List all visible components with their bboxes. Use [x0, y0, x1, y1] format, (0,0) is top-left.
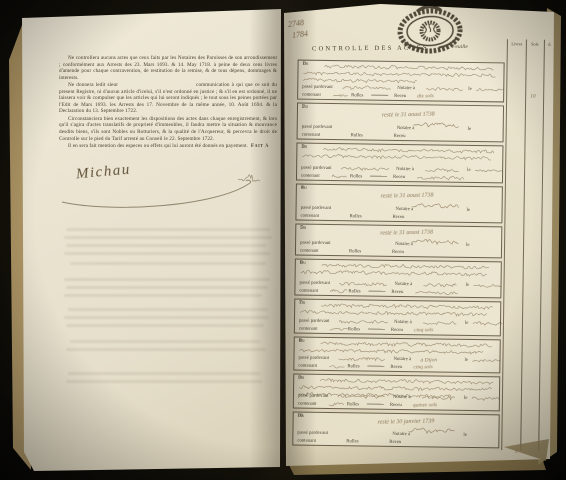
- notaire-a-label: Notaire à: [396, 167, 414, 172]
- receu-label: Receu: [394, 134, 406, 139]
- paragraph-1: Ne controllera aucuns actes que ceux fai…: [59, 55, 277, 81]
- rolles-label: Rolles: [348, 327, 360, 332]
- bleed-through-line: [66, 348, 266, 351]
- du-label: Du: [299, 339, 305, 344]
- bleed-through-line: [68, 372, 260, 375]
- register-entry: 4. Du resté le 31 aoust 1738 passé parde…: [295, 184, 502, 224]
- passe-pardevant-label: passé pardevant: [302, 85, 333, 90]
- receu-label: Receu: [391, 328, 403, 333]
- bleed-through-line: [68, 308, 268, 311]
- notary-name-handwriting: [338, 355, 382, 362]
- du-label: Du: [298, 414, 304, 419]
- register-entry: 1. Du passé pardevant Notaire à le conte…: [297, 60, 505, 103]
- du-label: Du: [303, 62, 309, 67]
- reste-note-handwriting: resté le 30 janvier 1739: [378, 419, 435, 426]
- clerk-signature-handwriting: [409, 426, 453, 435]
- date-handwriting: [473, 320, 499, 326]
- du-label: Du: [301, 186, 307, 191]
- le-label: le: [465, 283, 469, 288]
- notaire-a-label: Notaire à: [397, 86, 415, 91]
- passe-pardevant-label: passé pardevant: [301, 166, 332, 171]
- receu-amount-handwriting: cinq sols: [413, 364, 433, 370]
- passe-pardevant-label: passé pardevant: [297, 431, 328, 436]
- contenant-label: contenant: [300, 214, 319, 219]
- du-label: Du: [298, 376, 304, 381]
- register-entry: 3. Du passé pardevant Notaire à le conte…: [296, 143, 504, 184]
- receu-amount-handwriting: dix sols: [417, 93, 434, 99]
- bleed-through-line: [64, 252, 270, 255]
- rolles-label: Rolles: [348, 289, 360, 294]
- receu-label: Receu: [390, 365, 402, 370]
- register-entry: 8. Du passé pardevant Notaire à à Dijon …: [293, 337, 500, 374]
- le-label: le: [464, 358, 468, 363]
- reste-note-handwriting: resté le 31 aoust 1738: [380, 230, 433, 237]
- date-handwriting: [472, 395, 498, 401]
- notaire-a-label: Notaire à: [394, 282, 412, 287]
- le-label: le: [465, 321, 469, 326]
- du-label: Du: [301, 145, 307, 150]
- receu-label: Receu: [394, 94, 406, 99]
- notaire-a-label: Notaire à: [396, 207, 414, 212]
- receu-label: Receu: [393, 175, 405, 180]
- notary-name-handwriting: [338, 393, 382, 400]
- passe-pardevant-label: passé pardevant: [300, 241, 331, 246]
- bleed-through-line: [66, 228, 270, 231]
- notaire-a-label: Notaire à: [395, 242, 413, 247]
- rule-dash: [368, 329, 385, 330]
- fait-a-label: Fait à: [251, 143, 269, 149]
- le-label: le: [467, 208, 471, 213]
- handwriting-line: [300, 347, 482, 356]
- rolles-label: Rolles: [349, 249, 361, 254]
- contenant-label: contenant: [298, 402, 317, 407]
- rolles-count-handwriting: [330, 288, 344, 294]
- contenant-label: contenant: [299, 289, 318, 294]
- register-entry: 5. Du resté le 31 aoust 1738 passé parde…: [295, 224, 502, 259]
- le-label: le: [468, 127, 472, 132]
- bleed-through-line: [64, 294, 262, 297]
- register-entry: 2. Du resté le 31 aoust 1738 passé parde…: [297, 103, 504, 143]
- passe-pardevant-label: passé pardevant: [301, 206, 332, 211]
- bleed-through-line: [66, 244, 266, 247]
- register-entry: 10. Du resté le 30 janvier 1739 passé pa…: [292, 412, 499, 449]
- handwriting-line: [301, 269, 487, 278]
- passe-pardevant-label: passé pardevant: [298, 394, 329, 399]
- rule-dash: [367, 366, 384, 367]
- rolles-count-handwriting: [329, 401, 343, 407]
- du-label: Du: [300, 226, 306, 231]
- rolles-label: Rolles: [346, 439, 358, 444]
- receu-amount-handwriting: cinq sols: [414, 327, 434, 333]
- receu-label: Receu: [389, 440, 401, 445]
- handwriting-line: [303, 77, 415, 85]
- notaire-a-label: Notaire à: [392, 432, 410, 437]
- notary-name-handwriting: [339, 280, 385, 287]
- rolles-label: Rolles: [347, 402, 359, 407]
- rolles-label: Rolles: [351, 93, 363, 98]
- rolles-count-handwriting: [332, 173, 346, 179]
- printed-instructions: Ne controllera aucuns actes que ceux fai…: [59, 55, 277, 151]
- receu-label: Receu: [390, 403, 402, 408]
- rolles-count-handwriting: [329, 363, 343, 369]
- notaire-a-label: Notaire à: [394, 320, 412, 325]
- notaire-a-label: Notaire à: [393, 357, 411, 362]
- reste-note-handwriting: resté le 31 aoust 1738: [381, 193, 434, 200]
- notaire-a-label: Notaire à: [397, 126, 415, 131]
- handwriting-line: [302, 153, 490, 162]
- receu-label: Receu: [391, 290, 403, 295]
- receu-amount-handwriting: [417, 174, 463, 181]
- clerk-signature-handwriting: [412, 237, 456, 246]
- rule-dash: [370, 176, 387, 177]
- register-entry: 9. Du passé pardevant Notaire à le conte…: [293, 374, 500, 412]
- rolles-count-handwriting: [333, 92, 347, 98]
- contenant-label: contenant: [302, 93, 321, 98]
- rolles-count-handwriting: [330, 326, 344, 332]
- notary-name-handwriting: [341, 165, 387, 172]
- reste-note-handwriting: resté le 31 aoust 1738: [382, 112, 435, 119]
- contenant-label: contenant: [299, 327, 318, 332]
- du-label: Du: [299, 301, 305, 306]
- bleed-through-line: [66, 324, 264, 327]
- le-label: le: [466, 243, 470, 248]
- le-label: le: [463, 433, 467, 438]
- paragraph-3: Circonstanciera bien exactement les disp…: [59, 116, 277, 142]
- date-handwriting: [476, 86, 502, 92]
- contenant-label: contenant: [297, 439, 316, 444]
- rule-dash: [367, 404, 384, 405]
- book-scan: Ne controllera aucuns actes que ceux fai…: [0, 0, 566, 480]
- du-label: Du: [302, 105, 308, 110]
- register-entry: 7. Du passé pardevant Notaire à le conte…: [294, 299, 501, 337]
- place-handwriting: à Dijon: [420, 357, 437, 363]
- contenant-label: contenant: [300, 249, 319, 254]
- place-handwriting: [423, 281, 455, 287]
- bleed-through-line: [66, 380, 262, 383]
- bleed-through-line: [64, 236, 272, 239]
- contenant-label: contenant: [298, 364, 317, 369]
- rule-dash: [368, 291, 385, 292]
- rolles-label: Rolles: [349, 214, 361, 219]
- paragraph-2: Ne donnera ledit sieurcommunication à qu…: [59, 82, 277, 115]
- receu-label: Receu: [392, 215, 404, 220]
- notary-name-handwriting: [339, 318, 385, 325]
- date-handwriting: [472, 357, 498, 363]
- bleed-through-line: [66, 286, 268, 289]
- passe-pardevant-label: passé pardevant: [302, 125, 333, 130]
- clerk-signature-handwriting: [413, 201, 457, 210]
- receu-amount-handwriting: quinze sols: [413, 402, 437, 409]
- le-label: le: [467, 168, 471, 173]
- place-handwriting: [422, 394, 452, 400]
- register-entry: 6. Du passé pardevant Notaire à le conte…: [294, 259, 501, 299]
- place-handwriting: [426, 85, 460, 91]
- handwriting-line: [300, 309, 484, 318]
- notary-name-handwriting: [342, 84, 390, 91]
- bleed-through-line: [64, 278, 270, 281]
- ink-mark: [238, 170, 258, 184]
- contenant-label: contenant: [302, 133, 321, 138]
- place-handwriting: [425, 166, 457, 172]
- receu-label: Receu: [392, 250, 404, 255]
- rolles-label: Rolles: [351, 133, 363, 138]
- date-handwriting: [475, 167, 501, 173]
- bleed-through-line: [70, 340, 260, 343]
- passe-pardevant-label: passé pardevant: [299, 319, 330, 324]
- date-handwriting: [473, 282, 499, 288]
- le-label: le: [464, 396, 468, 401]
- notaire-a-label: Notaire à: [393, 395, 411, 400]
- contenant-label: contenant: [301, 174, 320, 179]
- passe-pardevant-label: passé pardevant: [298, 356, 329, 361]
- passe-pardevant-label: passé pardevant: [299, 281, 330, 286]
- rule-dash: [371, 95, 388, 96]
- paragraph-4: Il en sera fait mention des especes ou e…: [59, 143, 277, 150]
- du-label: Du: [300, 261, 306, 266]
- bleed-through-line: [64, 316, 269, 319]
- rolles-label: Rolles: [347, 364, 359, 369]
- bleed-through-line: [70, 262, 266, 265]
- receu-amount-handwriting: [415, 289, 455, 296]
- le-label: le: [468, 87, 472, 92]
- clerk-signature-handwriting: [414, 120, 458, 129]
- place-handwriting: [423, 319, 455, 325]
- signature-flourish: [56, 176, 258, 212]
- rolles-label: Rolles: [350, 174, 362, 179]
